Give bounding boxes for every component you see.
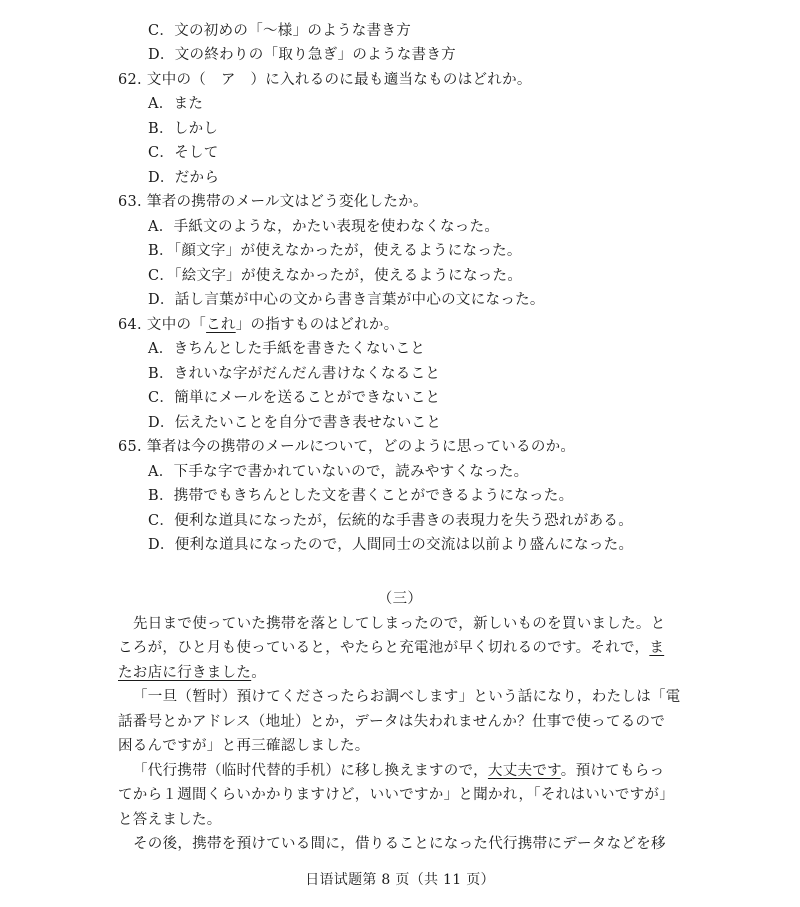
q61-option-c: C．文の初めの「～様」のような書き方 [148,21,411,41]
underlined-phrase: 大丈夫です [488,763,561,779]
q62-option-d: D．だから [148,168,219,188]
option-text: 便利な道具になったので，人間同士の交流は以前より盛んになった。 [175,537,634,553]
option-text: しかし [174,121,218,137]
passage-line: てから１週間くらいかかりますけど，いいですか」と聞かれ，「それはいいですが」 [118,785,674,805]
q64-option-a: A．きちんとした手紙を書きたくないこと [148,339,425,359]
q64-option-b: B．きれいな字がだんだん書けなくなること [148,364,440,384]
question-number: 65. [118,439,142,455]
underlined-phrase: ま [649,640,664,656]
option-text: 携帯でもきちんとした文を書くことができるようになった。 [174,488,574,504]
q64-stem: 64. 文中の「これ」の指すものはどれか。 [118,315,399,335]
option-text: 便利な道具になったが，伝統的な手書きの表現力を失う恐れがある。 [174,513,633,529]
question-text: 」の指すものはどれか。 [236,317,399,333]
option-text: きちんとした手紙を書きたくないこと [174,341,426,357]
question-text: 文中の（ ア ）に入れるのに最も適当なものはどれか。 [147,72,532,88]
option-text: きれいな字がだんだん書けなくなること [174,366,440,382]
passage-line: 話番号とかアドレス（地址）とか，データは失われませんか？仕事で使ってるので [118,712,665,732]
q65-option-c: C．便利な道具になったが，伝統的な手書きの表現力を失う恐れがある。 [148,511,633,531]
option-text: だから [175,170,219,186]
q62-option-c: C．そして [148,143,219,163]
option-label: A． [148,219,174,235]
q61-option-d: D．文の終わりの「取り急ぎ」のような書き方 [148,45,456,65]
passage-text: 。 [251,665,266,681]
option-text: 手紙文のような，かたい表現を使わなくなった。 [174,219,500,235]
option-label: B． [148,488,174,504]
q63-option-c: C．「絵文字」が使えなかったが，使えるようになった。 [148,266,522,286]
passage-line: たお店に行きました。 [118,663,266,683]
q63-option-b: B．「顔文字」が使えなかったが，使えるようになった。 [148,241,522,261]
option-label: D． [148,537,175,553]
passage-line: 先日まで使っていた携帯を落としてしまったので，新しいものを買いました。と [133,614,666,634]
option-label: D． [148,170,175,186]
passage-line: と答えました。 [118,810,222,830]
exam-page: C．文の初めの「～様」のような書き方 D．文の終わりの「取り急ぎ」のような書き方… [0,0,800,907]
q62-option-b: B．しかし [148,119,218,139]
q63-option-a: A．手紙文のような，かたい表現を使わなくなった。 [148,217,499,237]
question-number: 63. [118,194,142,210]
option-label: D． [148,415,175,431]
option-text: 簡単にメールを送ることができないこと [174,390,440,406]
q62-option-a: A．また [148,94,203,114]
option-label: A． [148,341,174,357]
option-text: また [174,96,204,112]
option-label: A． [148,96,174,112]
option-label: B． [148,121,174,137]
option-label: A． [148,464,174,480]
option-label: B． [148,243,174,259]
option-text: 「顔文字」が使えなかったが，使えるようになった。 [174,243,522,259]
question-text: 筆者は今の携帯のメールについて，どのように思っているのか。 [147,439,575,455]
option-label: C． [148,390,174,406]
q63-stem: 63. 筆者の携帯のメール文はどう変化したか。 [118,192,428,212]
option-text: 下手な字で書かれていないので，読みやすくなった。 [174,464,529,480]
passage-text: ころが，ひと月も使っていると，やたらと充電池が早く切れるのです。それで， [118,640,649,656]
q62-stem: 62. 文中の（ ア ）に入れるのに最も適当なものはどれか。 [118,70,532,90]
option-label: D． [148,47,175,63]
option-text: 話し言葉が中心の文から書き言葉が中心の文になった。 [175,292,545,308]
question-text: 筆者の携帯のメール文はどう変化したか。 [147,194,428,210]
q63-option-d: D．話し言葉が中心の文から書き言葉が中心の文になった。 [148,290,545,310]
passage-text: 。預けてもらっ [561,763,665,779]
section-heading: （三） [0,589,800,609]
passage-line: ころが，ひと月も使っていると，やたらと充電池が早く切れるのです。それで，ま [118,638,664,658]
q65-stem: 65. 筆者は今の携帯のメールについて，どのように思っているのか。 [118,437,575,457]
option-label: D． [148,292,175,308]
underlined-phrase: たお店に行きました [118,665,251,681]
q65-option-a: A．下手な字で書かれていないので，読みやすくなった。 [148,462,529,482]
passage-text: 「代行携帯（临时代替的手机）に移し換えますので， [133,763,488,779]
q65-option-d: D．便利な道具になったので，人間同士の交流は以前より盛んになった。 [148,535,633,555]
passage-line: その後，携帯を預けている間に，借りることになった代行携帯にデータなどを移 [133,834,666,854]
option-label: C． [148,513,174,529]
question-text: 文中の「 [147,317,206,333]
option-label: C． [148,145,174,161]
page-footer: 日语试题第 8 页（共 11 页） [0,870,800,890]
option-text: 文の初めの「～様」のような書き方 [174,23,411,39]
option-label: B． [148,366,174,382]
question-number: 64. [118,317,142,333]
question-number: 62. [118,72,142,88]
q64-option-d: D．伝えたいことを自分で書き表せないこと [148,413,441,433]
option-text: 文の終わりの「取り急ぎ」のような書き方 [175,47,456,63]
q64-option-c: C．簡単にメールを送ることができないこと [148,388,440,408]
underlined-word: これ [206,317,236,333]
option-label: C． [148,268,174,284]
option-text: 伝えたいことを自分で書き表せないこと [175,415,441,431]
passage-line: 「一旦（暂时）預けてくださったらお調べします」という話になり，わたしは「電 [133,687,681,707]
option-text: 「絵文字」が使えなかったが，使えるようになった。 [174,268,522,284]
passage-line: 「代行携帯（临时代替的手机）に移し換えますので，大丈夫です。預けてもらっ [133,761,664,781]
option-text: そして [174,145,218,161]
q65-option-b: B．携帯でもきちんとした文を書くことができるようになった。 [148,486,573,506]
option-label: C． [148,23,174,39]
passage-line: 困るんですが」と再三確認しました。 [118,736,370,756]
